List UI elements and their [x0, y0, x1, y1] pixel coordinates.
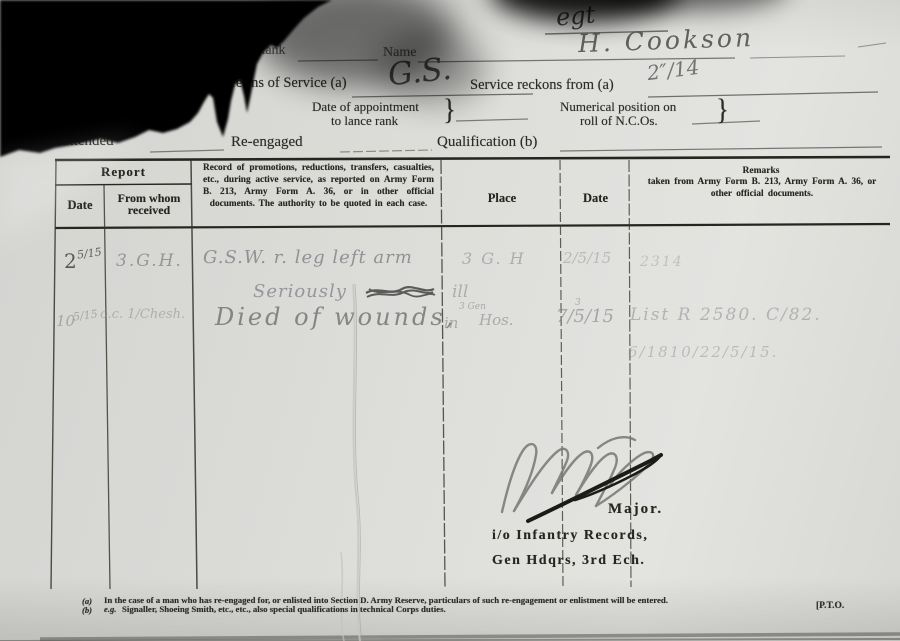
row2-from-whom: o.c. 1/Chesh.: [100, 307, 185, 322]
from-whom-column-header: From whom received: [106, 192, 192, 216]
numerical-position-brace: }: [716, 92, 729, 126]
signature-rank: Major.: [608, 501, 663, 518]
terms-of-service-label: Terms of Service (a): [228, 75, 347, 92]
row1-from-whom: 3.G.H.: [116, 251, 183, 271]
appointment-brace: }: [443, 92, 456, 126]
signature-office-line2: Gen Hdqrs, 3rd Ech.: [492, 553, 645, 569]
row2-remarks-line1: List R 2580. C/82.: [630, 305, 822, 325]
row1-record-line1: G.S.W. r. leg left arm: [203, 247, 413, 268]
row1-record-line2-ill: ill: [452, 282, 468, 302]
report-date-column-header: Date: [55, 198, 105, 213]
appointment-label-line2: to lance rank: [331, 113, 398, 129]
row2-place-in: in: [444, 314, 458, 332]
row1-date: 2/5/15: [563, 249, 611, 267]
row1-remarks: 2314: [640, 254, 684, 270]
row1-record-line2: Seriously: [253, 281, 347, 302]
remarks-column-header-title: Remarks: [636, 166, 886, 176]
terms-of-service-value-handwritten: G.S.: [386, 51, 453, 93]
name-value-handwritten: H. Cookson: [578, 23, 755, 58]
row2-date: 7/5/15: [556, 306, 614, 327]
footnote-b-text: Signaller, Shoeing Smith, etc., etc., al…: [122, 604, 446, 614]
row2-date-sup: 3: [575, 298, 581, 308]
row1-place: 3 G. H: [462, 249, 526, 268]
footnote-b-label: (b): [82, 605, 92, 615]
remarks-column-header-text: taken from Army Form B. 213, Army Form A…: [640, 177, 884, 200]
extended-label: Extended: [57, 133, 114, 150]
footnote-b-eg: e.g.: [104, 604, 116, 614]
row2-remarks-line2: 6/1810/22/5/15.: [628, 343, 778, 361]
regiment-fragment-handwritten: egt: [555, 0, 597, 31]
record-column-header: Record of promotions, reductions, transf…: [203, 163, 434, 211]
scanned-service-record: egt Rank Name H. Cookson Terms of Servic…: [0, 0, 900, 641]
row2-place-hos: Hos.: [479, 311, 514, 329]
signature-office-line1: i/o Infantry Records,: [492, 528, 648, 544]
reengaged-label: Re-engaged: [231, 134, 303, 151]
qualification-label: Qualification (b): [437, 134, 537, 151]
footnote-pto: [P.T.O.: [816, 601, 844, 611]
service-reckons-label: Service reckons from (a): [470, 77, 614, 94]
row2-record: Died of wounds,: [215, 303, 456, 331]
date-column-header: Date: [561, 191, 630, 206]
numerical-position-label-line2: roll of N.C.Os.: [580, 113, 658, 129]
report-column-group-header: Report: [55, 164, 192, 180]
place-column-header: Place: [443, 191, 561, 206]
row1-report-date-day: 2: [64, 249, 77, 273]
rank-label: Rank: [256, 43, 286, 59]
